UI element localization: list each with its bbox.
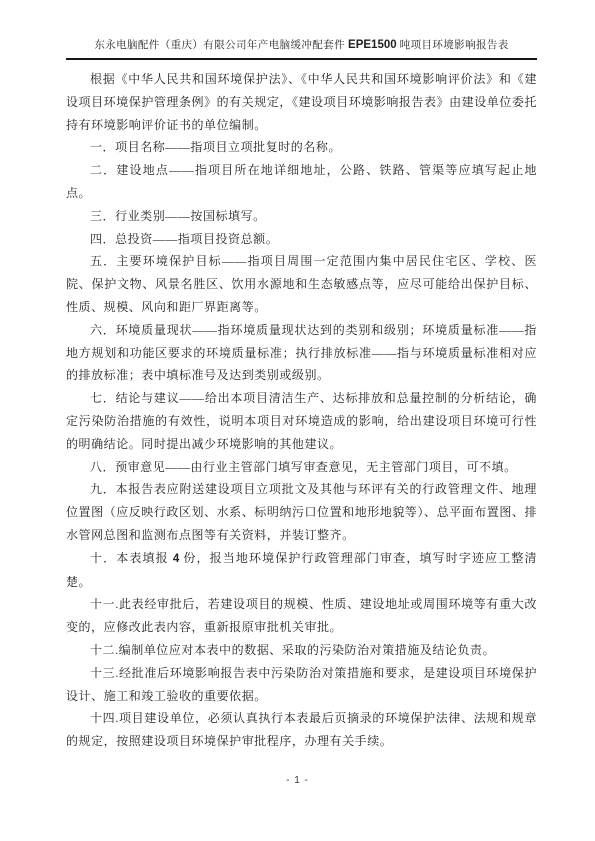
text-run: 根据《中华人民共和国环境保护法》、《中华人民共和国环境影响评价法》和《建设项目环… xyxy=(66,72,537,132)
text-run: 九．本报告表应附送建设项目立项批文及其他与环评有关的行政管理文件、地理位置图（应… xyxy=(66,482,537,542)
paragraph: 九．本报告表应附送建设项目立项批文及其他与环评有关的行政管理文件、地理位置图（应… xyxy=(66,478,537,546)
text-run: 一．项目名称——指项目立项批复时的名称。 xyxy=(90,140,341,154)
text-run: 四．总投资——指项目投资总额。 xyxy=(90,232,278,246)
paragraph: 十二.编制单位应对本表中的数据、采取的污染防治对策措施及结论负责。 xyxy=(66,639,537,662)
paragraph: 一．项目名称——指项目立项批复时的名称。 xyxy=(66,136,537,159)
text-run: 六．环境质量现状——指环境质量现状达到的类别和级别；环境质量标准——指地方规划和… xyxy=(66,323,537,383)
paragraph: 七．结论与建议——给出本项目清洁生产、达标排放和总量控制的分析结论，确定污染防治… xyxy=(66,387,537,455)
paragraph: 十三.经批准后环境影响报告表中污染防治对策措施和要求，是建设项目环境保护设计、施… xyxy=(66,662,537,708)
text-run: 二．建设地点——指项目所在地详细地址，公路、铁路、管渠等应填写起止地点。 xyxy=(66,163,537,200)
text-run: 十四.项目建设单位，必须认真执行本表最后页摘录的环境保护法律、法规和规章的规定，… xyxy=(66,711,537,748)
text-run: 东永电脑配件（重庆）有限公司年产电脑缓冲配套件 xyxy=(94,40,348,51)
text-run: 五．主要环境保护目标——指项目周围一定范围内集中居民住宅区、学校、医院、保护文物… xyxy=(66,254,537,314)
paragraph: 五．主要环境保护目标——指项目周围一定范围内集中居民住宅区、学校、医院、保护文物… xyxy=(66,250,537,318)
paragraph: 十四.项目建设单位，必须认真执行本表最后页摘录的环境保护法律、法规和规章的规定，… xyxy=(66,707,537,753)
paragraph: 六．环境质量现状——指环境质量现状达到的类别和级别；环境质量标准——指地方规划和… xyxy=(66,319,537,387)
paragraph: 四．总投资——指项目投资总额。 xyxy=(66,228,537,251)
paragraph: 十．本表填报 4 份，报当地环境保护行政管理部门审查，填写时字迹应工整清楚。 xyxy=(66,547,537,594)
text-run: 十一.此表经审批后，若建设项目的规模、性质、建设地址或周围环境等有重大改变的，应… xyxy=(66,597,537,634)
text-run: 三．行业类别——按国标填写。 xyxy=(90,209,266,223)
text-run: 八．预审意见——由行业主管部门填写审查意见，无主管部门项目，可不填。 xyxy=(90,460,517,474)
text-run: 十．本表填报 xyxy=(90,551,173,565)
document-body: 根据《中华人民共和国环境保护法》、《中华人民共和国环境影响评价法》和《建设项目环… xyxy=(66,68,537,753)
document-title: 东永电脑配件（重庆）有限公司年产电脑缓冲配套件 EPE1500 吨项目环境影响报… xyxy=(94,40,508,51)
paragraph: 十一.此表经审批后，若建设项目的规模、性质、建设地址或周围环境等有重大改变的，应… xyxy=(66,593,537,639)
paragraph: 根据《中华人民共和国环境保护法》、《中华人民共和国环境影响评价法》和《建设项目环… xyxy=(66,68,537,136)
text-run: 吨项目环境影响报告表 xyxy=(397,40,509,51)
text-run: 十二.编制单位应对本表中的数据、采取的污染防治对策措施及结论负责。 xyxy=(90,643,495,657)
page-header: 东永电脑配件（重庆）有限公司年产电脑缓冲配套件 EPE1500 吨项目环境影响报… xyxy=(66,37,537,60)
text-run: 七．结论与建议——给出本项目清洁生产、达标排放和总量控制的分析结论，确定污染防治… xyxy=(66,391,537,451)
document-page: 东永电脑配件（重庆）有限公司年产电脑缓冲配套件 EPE1500 吨项目环境影响报… xyxy=(0,0,595,841)
bold-text-run: EPE1500 xyxy=(348,39,397,51)
paragraph: 八．预审意见——由行业主管部门填写审查意见，无主管部门项目，可不填。 xyxy=(66,456,537,479)
page-number: - 1 - xyxy=(0,775,595,786)
text-run: 十三.经批准后环境影响报告表中污染防治对策措施和要求，是建设项目环境保护设计、施… xyxy=(66,666,537,703)
paragraph: 二．建设地点——指项目所在地详细地址，公路、铁路、管渠等应填写起止地点。 xyxy=(66,159,537,205)
paragraph: 三．行业类别——按国标填写。 xyxy=(66,205,537,228)
